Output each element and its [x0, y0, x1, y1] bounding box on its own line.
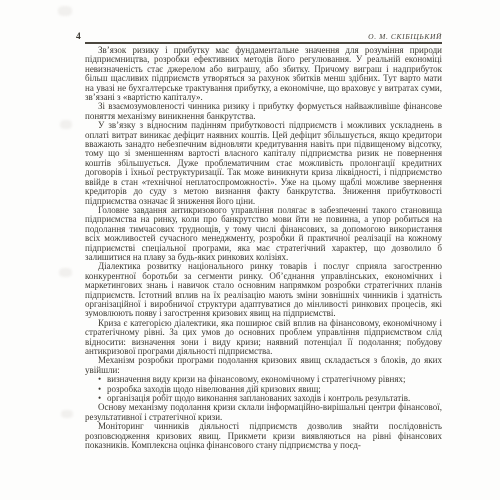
- scan-smudge: [61, 410, 73, 418]
- paragraph: Зв’язок ризику і прибутку має фундамента…: [85, 46, 442, 102]
- running-head-author: О. М. СКІБІЦЬКИЙ: [368, 32, 442, 41]
- scan-smudge: [59, 268, 72, 277]
- bullet-icon: •: [98, 394, 101, 403]
- scan-smudge: [58, 6, 72, 16]
- paragraph: Діалектика розвитку національного ринку …: [85, 262, 442, 318]
- book-page-scan: 4 О. М. СКІБІЦЬКИЙ Зв’язок ризику і приб…: [0, 0, 500, 500]
- paragraph: Основу механізму подолання кризи склали …: [85, 403, 442, 422]
- header-rule-divider: [85, 42, 442, 44]
- paragraph: Криза є категорією діалектики, яка пошир…: [85, 319, 442, 357]
- page-header: 4 О. М. СКІБІЦЬКИЙ: [76, 29, 442, 44]
- page-number: 4: [76, 32, 81, 42]
- bullet-list: • визначення виду кризи на фінансовому, …: [85, 375, 442, 403]
- list-item-text: організація робіт щодо виконання заплано…: [107, 393, 410, 403]
- paragraph: Механізм розробки програми подолання кри…: [85, 356, 442, 375]
- list-item: • організація робіт щодо виконання запла…: [85, 394, 442, 403]
- scan-smudge: [60, 120, 72, 129]
- paragraph: У зв’язку з відносним падінням прибутков…: [85, 121, 442, 206]
- paragraph: Моніторинг чинників діяльності підприємс…: [85, 422, 442, 450]
- paragraph: Зі взаємозумовленості чинника ризику і п…: [85, 102, 442, 121]
- body-text: Зв’язок ризику і прибутку має фундамента…: [85, 46, 442, 450]
- paragraph: Головне завдання антикризового управлінн…: [85, 206, 442, 262]
